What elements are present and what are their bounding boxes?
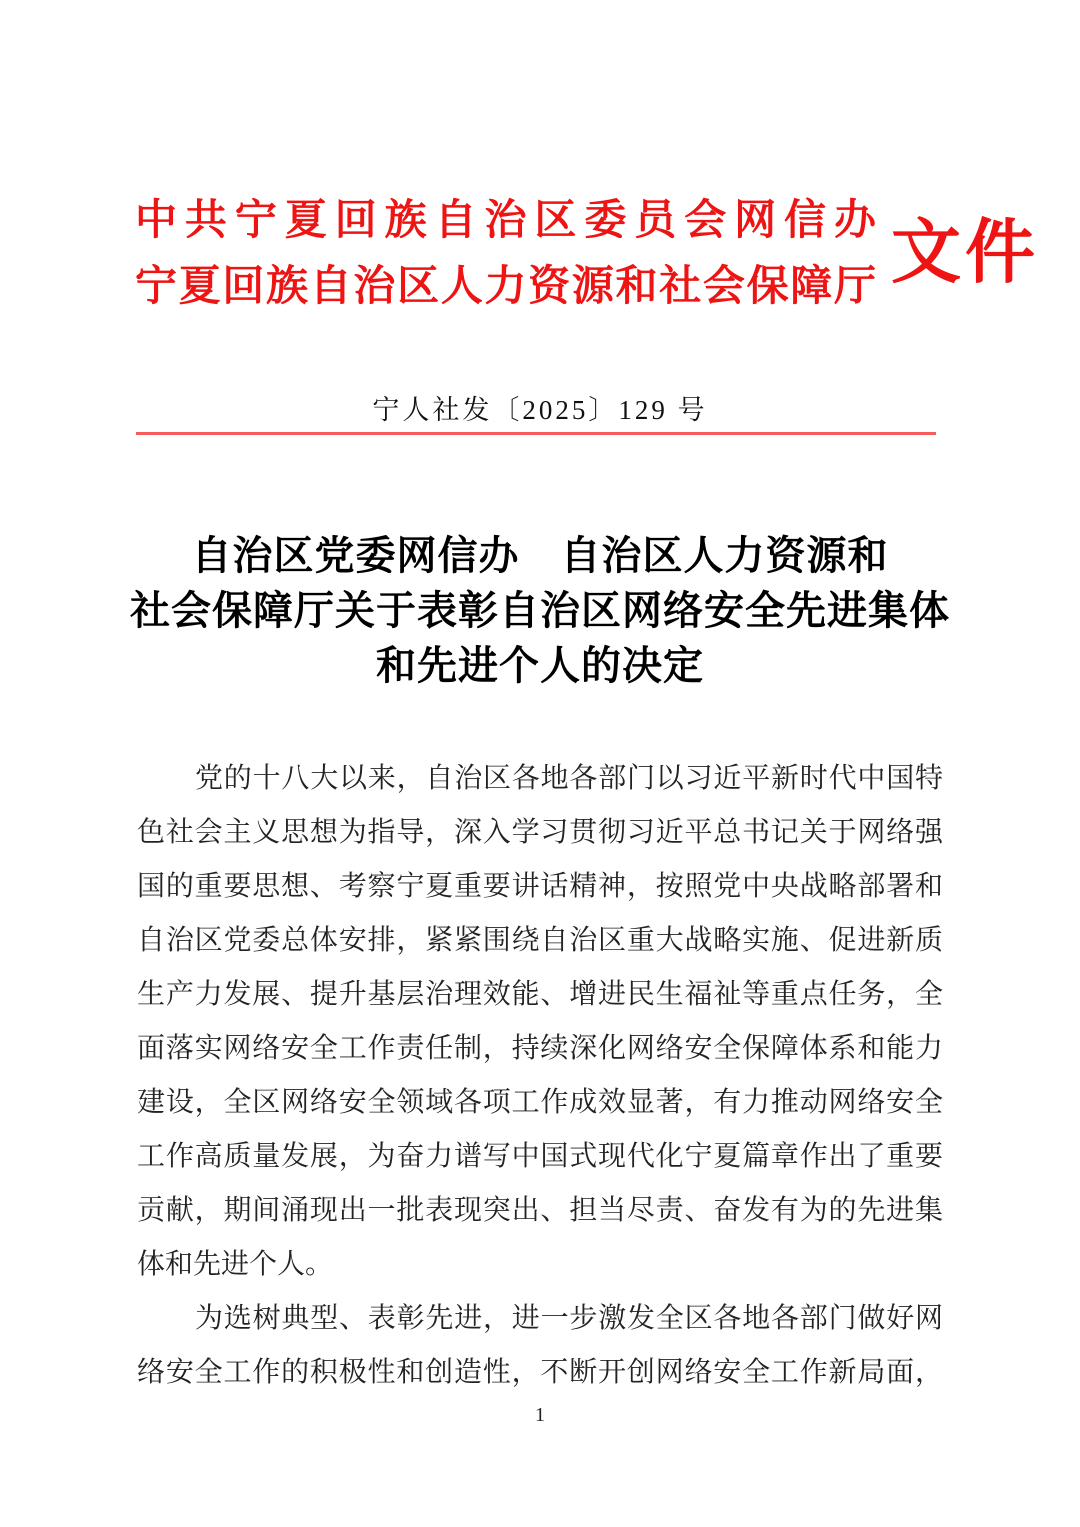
- body-line: 贡献，期间涌现出一批表现突出、担当尽责、奋发有为的先进集: [137, 1184, 943, 1238]
- issuing-organizations: 中共宁夏回族自治区委员会网信办 宁夏回族自治区人力资源和社会保障厅: [135, 188, 877, 320]
- body-line: 为选树典型、表彰先进，进一步激发全区各地各部门做好网: [137, 1292, 943, 1346]
- document-title: 自治区党委网信办 自治区人力资源和 社会保障厅关于表彰自治区网络安全先进集体 和…: [0, 528, 1080, 693]
- document-type-label: 文件: [891, 219, 1039, 289]
- body-line: 络安全工作的积极性和创造性，不断开创网络安全工作新局面，: [137, 1346, 943, 1400]
- red-divider-rule: [136, 432, 936, 435]
- body-line: 自治区党委总体安排，紧紧围绕自治区重大战略实施、促进新质: [137, 914, 943, 968]
- body-line: 建设，全区网络安全领域各项工作成效显著，有力推动网络安全: [137, 1076, 943, 1130]
- body-line: 体和先进个人。: [137, 1238, 943, 1292]
- title-line-3: 和先进个人的决定: [0, 638, 1080, 693]
- body-line: 国的重要思想、考察宁夏重要讲话精神，按照党中央战略部署和: [137, 860, 943, 914]
- letterhead: 中共宁夏回族自治区委员会网信办 宁夏回族自治区人力资源和社会保障厅 文件: [135, 188, 1025, 320]
- org-line-1: 中共宁夏回族自治区委员会网信办: [135, 188, 877, 254]
- title-line-2: 社会保障厅关于表彰自治区网络安全先进集体: [0, 583, 1080, 638]
- body-line: 工作高质量发展，为奋力谱写中国式现代化宁夏篇章作出了重要: [137, 1130, 943, 1184]
- body-line: 生产力发展、提升基层治理效能、增进民生福祉等重点任务，全: [137, 968, 943, 1022]
- page-number: 1: [0, 1404, 1080, 1427]
- body-line: 色社会主义思想为指导，深入学习贯彻习近平总书记关于网络强: [137, 806, 943, 860]
- body-line: 面落实网络安全工作责任制，持续深化网络安全保障体系和能力: [137, 1022, 943, 1076]
- document-number: 宁人社发〔2025〕129 号: [0, 388, 1080, 427]
- document-body: 党的十八大以来，自治区各地各部门以习近平新时代中国特色社会主义思想为指导，深入学…: [137, 752, 943, 1400]
- body-paragraph: 党的十八大以来，自治区各地各部门以习近平新时代中国特色社会主义思想为指导，深入学…: [137, 752, 943, 1292]
- org-line-2: 宁夏回族自治区人力资源和社会保障厅: [135, 254, 877, 320]
- body-paragraph: 为选树典型、表彰先进，进一步激发全区各地各部门做好网络安全工作的积极性和创造性，…: [137, 1292, 943, 1400]
- body-line: 党的十八大以来，自治区各地各部门以习近平新时代中国特: [137, 752, 943, 806]
- title-line-1: 自治区党委网信办 自治区人力资源和: [0, 528, 1080, 583]
- document-page: 中共宁夏回族自治区委员会网信办 宁夏回族自治区人力资源和社会保障厅 文件 宁人社…: [0, 0, 1080, 1527]
